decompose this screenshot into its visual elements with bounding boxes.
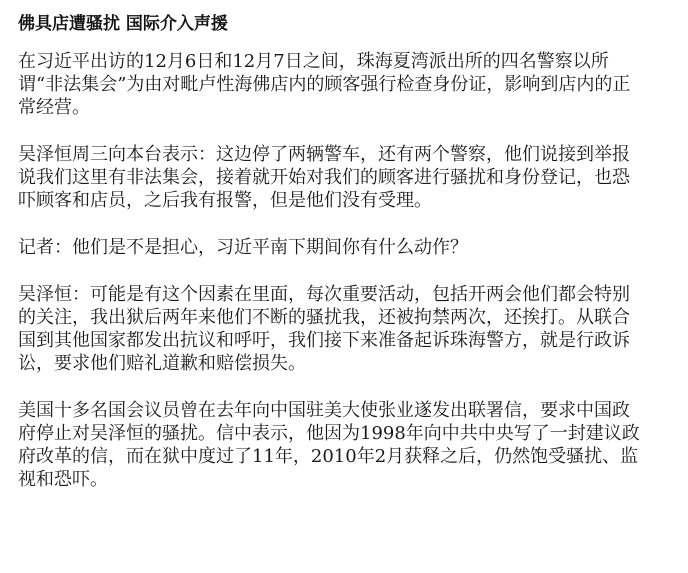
article: 佛具店遭骚扰 国际介入声援 在习近平出访的12月6日和12月7日之间，珠海夏湾派… [18,12,658,515]
article-paragraph-wu-answer: 吴泽恒：可能是有这个因素在里面，每次重要活动，包括开两会他们都会特别的关注，我出… [18,283,646,375]
article-paragraph-reporter-question: 记者：他们是不是担心，习近平南下期间你有什么动作？ [18,236,646,259]
article-paragraph-intro: 在习近平出访的12月6日和12月7日之间，珠海夏湾派出所的四名警察以所谓“非法集… [18,50,646,119]
article-paragraph-congress-letter: 美国十多名国会议员曾在去年向中国驻美大使张业遂发出联署信，要求中国政府停止对吴泽… [18,399,646,491]
article-title: 佛具店遭骚扰 国际介入声援 [18,12,658,36]
article-paragraph-quote-wu: 吴泽恒周三向本台表示：这边停了两辆警车，还有两个警察，他们说接到举报说我们这里有… [18,143,646,212]
